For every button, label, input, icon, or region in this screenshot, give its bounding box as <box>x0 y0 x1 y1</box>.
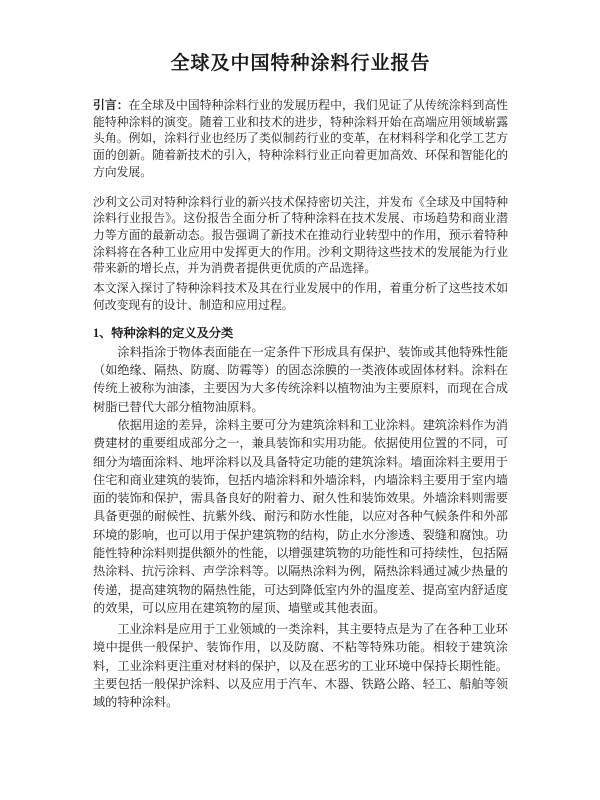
intro-paragraph-1: 引言：在全球及中国特种涂料行业的发展历程中，我们见证了从传统涂料到高性能特种涂料… <box>93 97 508 181</box>
section-1-body: 涂料指涂于物体表面能在一定条件下形成具有保护、装饰或其他特殊性能（如绝缘、隔热、… <box>93 343 508 712</box>
intro-section: 引言：在全球及中国特种涂料行业的发展历程中，我们见证了从传统涂料到高性能特种涂料… <box>93 97 508 313</box>
section-1-paragraph-2: 依据用途的差异，涂料主要可分为建筑涂料和工业涂料。建筑涂料作为消费建材的重要组成… <box>93 416 508 617</box>
section-1-heading: 1、特种涂料的定义及分类 <box>93 324 508 342</box>
intro-paragraph-3: 本文深入探讨了特种涂料技术及其在行业发展中的作用，着重分析了这些技术如何改变现有… <box>93 280 508 313</box>
section-1-paragraph-3: 工业涂料是应用于工业领域的一类涂料，其主要特点是为了在各种工业环境中提供一般保护… <box>93 620 508 711</box>
document-page: 全球及中国特种涂料行业报告 引言：在全球及中国特种涂料行业的发展历程中，我们见证… <box>0 0 600 800</box>
intro-paragraph-1-text: 在全球及中国特种涂料行业的发展历程中，我们见证了从传统涂料到高性能特种涂料的演变… <box>93 98 508 179</box>
intro-lead-label: 引言： <box>93 98 129 112</box>
section-1-paragraph-1: 涂料指涂于物体表面能在一定条件下形成具有保护、装饰或其他特殊性能（如绝缘、隔热、… <box>93 343 508 416</box>
document-title: 全球及中国特种涂料行业报告 <box>93 50 508 77</box>
intro-paragraph-2: 沙利文公司对特种涂料行业的新兴技术保持密切关注，并发布《全球及中国特种涂料行业报… <box>93 194 508 278</box>
